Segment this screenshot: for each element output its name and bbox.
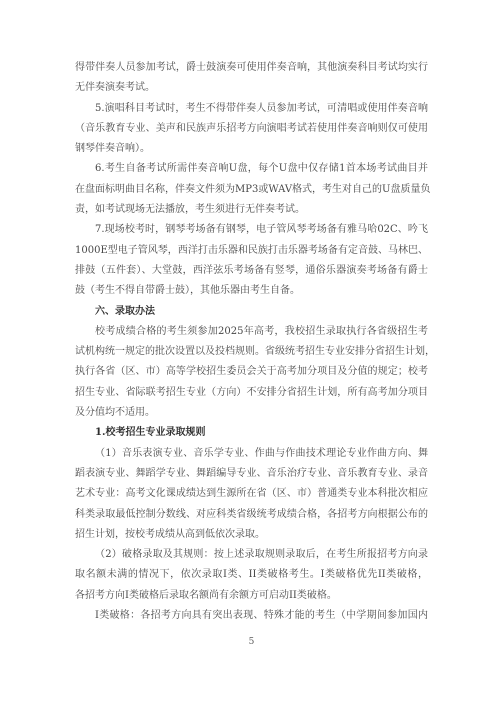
text-line: 科类录取最低控制分数线、对应科类省级统考成绩合格，各招考方向根据公布的 bbox=[75, 505, 428, 525]
subsection-heading-school-exam-rules: 1.校考招生专业录取规则 bbox=[75, 423, 428, 443]
text-line: 排鼓（五件套）、大堂鼓，西洋弦乐考场备有竖琴，通俗乐器演奏考场备有爵士 bbox=[75, 261, 428, 281]
section-heading-admission-rules: 六、录取办法 bbox=[75, 302, 428, 322]
page-number: 5 bbox=[75, 636, 428, 648]
text-line: 得带伴奏人员参加考试，爵士鼓演奏可使用伴奏音响，其他演奏科目考试均实行 bbox=[75, 58, 428, 78]
text-line: 1000E型电子管风琴，西洋打击乐器和民族打击乐器考场备有定音鼓、马林巴、 bbox=[75, 241, 428, 261]
text-line: 取名额未满的情况下，依次录取I类、II类破格考生。I类破格优先II类破格， bbox=[75, 565, 428, 585]
text-line: 鼓（考生不得自带爵士鼓），其他乐器由考生自备。 bbox=[75, 281, 428, 301]
text-line: I类破格：各招考方向具有突出表现、特殊才能的考生（中学期间参加国内 bbox=[75, 606, 428, 626]
text-line: 无伴奏演奏考试。 bbox=[75, 78, 428, 98]
text-line: 执行各省（区、市）高等学校招生委员会关于高考加分项目及分值的规定；校考 bbox=[75, 362, 428, 382]
text-line: 蹈表演专业、舞蹈学专业、舞蹈编导专业、音乐治疗专业、音乐教育专业、录音 bbox=[75, 464, 428, 484]
page-body-text: 得带伴奏人员参加考试，爵士鼓演奏可使用伴奏音响，其他演奏科目考试均实行 无伴奏演… bbox=[75, 58, 428, 648]
text-line: 钢琴伴奏音响）。 bbox=[75, 139, 428, 159]
text-line: （1）音乐表演专业、音乐学专业、作曲与作曲技术理论专业作曲方向、舞 bbox=[75, 444, 428, 464]
text-line: 试机构统一规定的批次设置以及投档规则。省级统考招生专业安排分省招生计划， bbox=[75, 342, 428, 362]
text-line: 责，如考试现场无法播放，考生须进行无伴奏考试。 bbox=[75, 200, 428, 220]
text-line: 6.考生自备考试所需伴奏音响U盘，每个U盘中仅存储1首本场考试曲目并 bbox=[75, 159, 428, 179]
text-line: 及分值均不适用。 bbox=[75, 403, 428, 423]
text-line: 校考成绩合格的考生须参加2025年高考，我校招生录取执行各省级招生考 bbox=[75, 322, 428, 342]
text-line: 招生专业、省际联考招生专业（方向）不安排分省招生计划，所有高考加分项目 bbox=[75, 383, 428, 403]
text-line: 招生计划，按校考成绩从高到低依次录取。 bbox=[75, 525, 428, 545]
text-line: 7.现场校考时，钢琴考场备有钢琴，电子管风琴考场备有雅马哈02C、吟飞 bbox=[75, 220, 428, 240]
text-line: （2）破格录取及其规则：按上述录取规则录取后，在考生所报招考方向录 bbox=[75, 545, 428, 565]
text-line: 5.演唱科目考试时，考生不得带伴奏人员参加考试，可清唱或使用伴奏音响 bbox=[75, 99, 428, 119]
text-line: 艺术专业：高考文化课成绩达到生源所在省（区、市）普通类专业本科批次相应 bbox=[75, 484, 428, 504]
text-line: 在盘面标明曲目名称，伴奏文件须为MP3或WAV格式，考生对自己的U盘质量负 bbox=[75, 180, 428, 200]
text-line: （音乐教育专业、美声和民族声乐招考方向演唱考试若使用伴奏音响则仅可使用 bbox=[75, 119, 428, 139]
text-line: 各招考方向I类破格后录取名额尚有余额方可启动II类破格。 bbox=[75, 586, 428, 606]
document-page: 得带伴奏人员参加考试，爵士鼓演奏可使用伴奏音响，其他演奏科目考试均实行 无伴奏演… bbox=[0, 0, 500, 707]
